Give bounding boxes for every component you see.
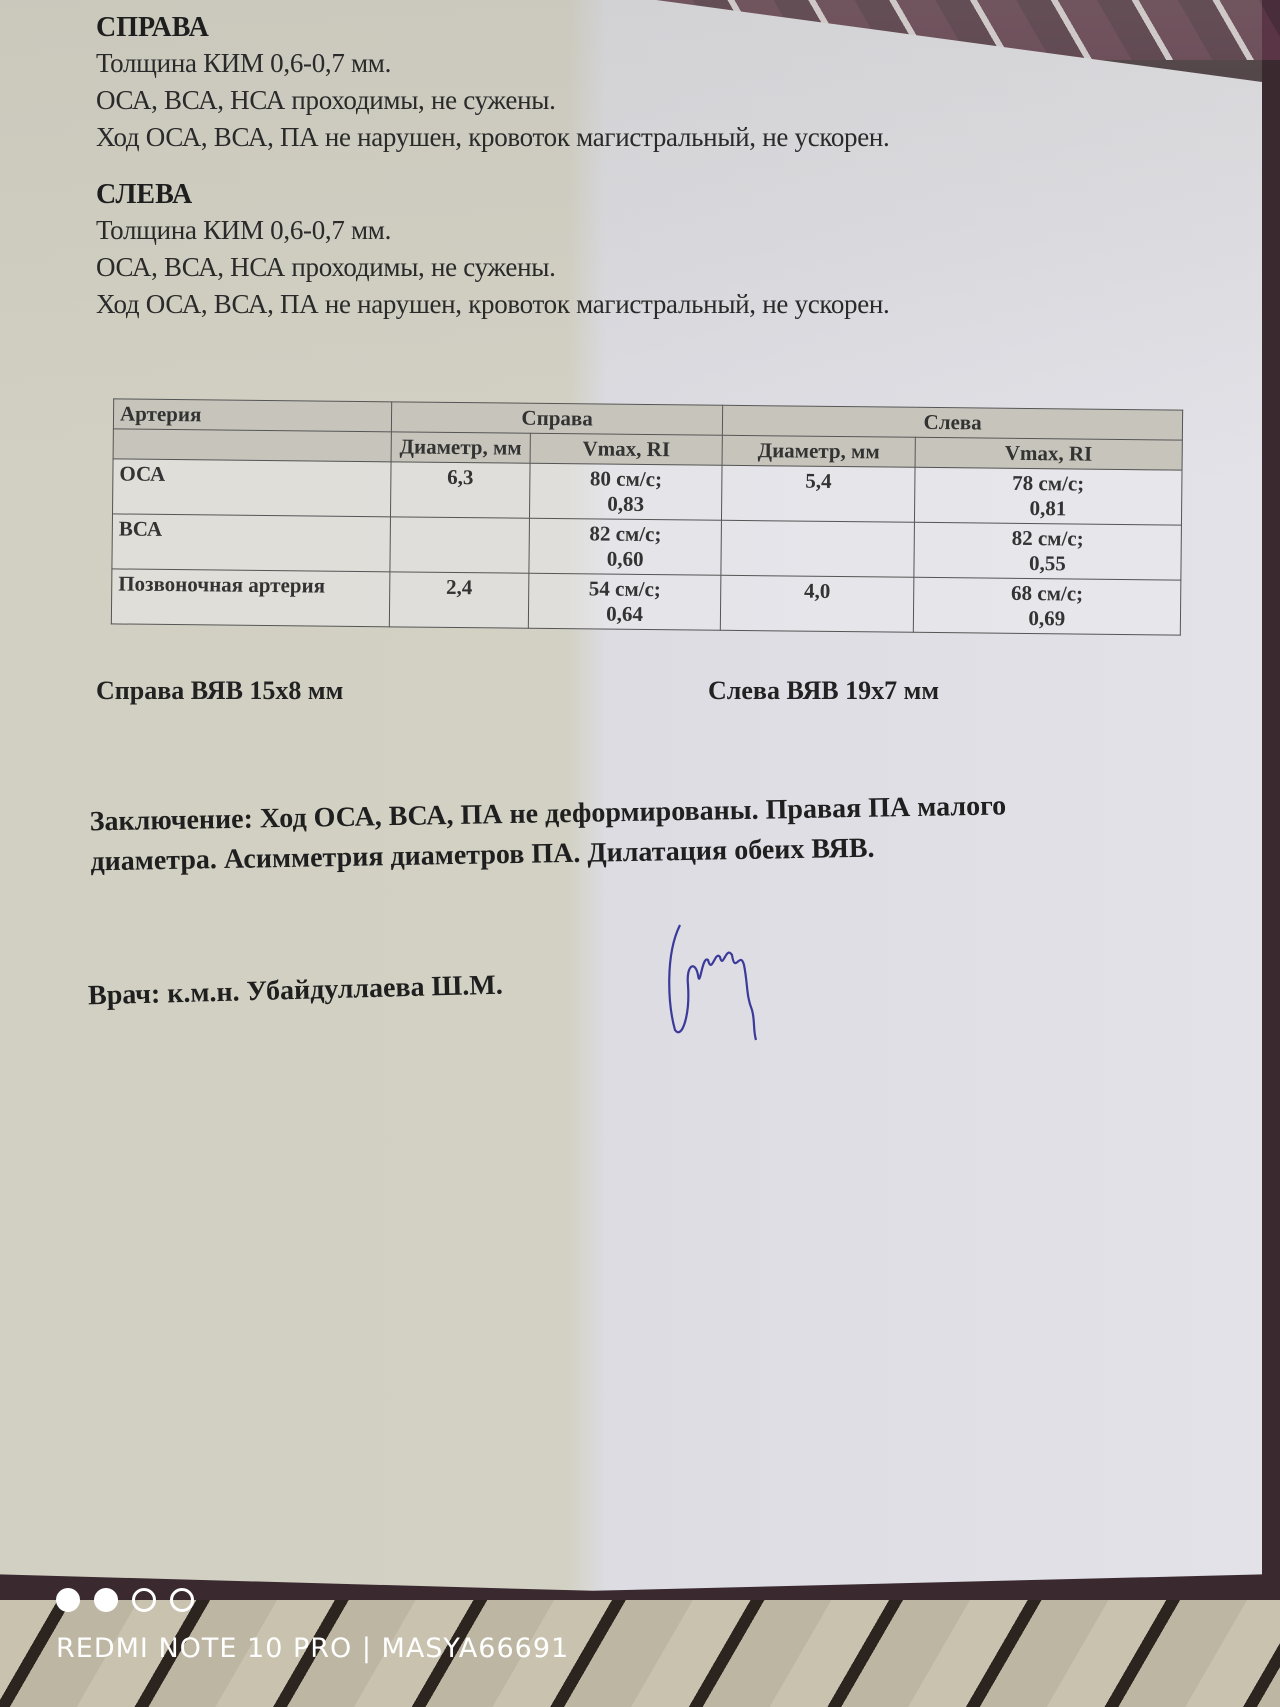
vmax: 82 см/с; xyxy=(920,525,1175,553)
left-vmax-ri: 82 см/с;0,55 xyxy=(914,522,1182,580)
left-vyv: Слева ВЯВ 19х7 мм xyxy=(708,676,939,706)
signature-icon xyxy=(660,915,770,1045)
photo-indicator-dots xyxy=(56,1588,194,1612)
ri: 0,81 xyxy=(921,495,1176,523)
measurements-table: Артерия Справа Слева Диаметр, мм Vmax, R… xyxy=(111,398,1183,635)
header-artery: Артерия xyxy=(113,399,391,432)
left-diameter xyxy=(721,520,914,577)
right-vmax-ri: 80 см/с;0,83 xyxy=(529,463,722,520)
header-left-diameter: Диаметр, мм xyxy=(722,435,915,467)
left-vmax-ri: 78 см/с;0,81 xyxy=(914,467,1182,525)
right-vmax-ri: 54 см/с;0,64 xyxy=(528,573,721,630)
header-left-vmax: Vmax, RI xyxy=(915,437,1183,470)
right-patency-line: ОСА, ВСА, НСА проходимы, не сужены. xyxy=(96,85,1240,116)
left-patency-line: ОСА, ВСА, НСА проходимы, не сужены. xyxy=(96,252,1240,283)
vmax: 78 см/с; xyxy=(921,470,1176,498)
right-diameter: 6,3 xyxy=(390,462,530,518)
left-kim-line: Толщина КИМ 0,6-0,7 мм. xyxy=(96,215,1240,246)
left-diameter: 4,0 xyxy=(721,575,914,632)
right-heading: СПРАВА xyxy=(96,12,1240,44)
ri: 0,83 xyxy=(536,491,716,518)
right-vyv: Справа ВЯВ 15х8 мм xyxy=(96,676,343,706)
left-vmax-ri: 68 см/с;0,69 xyxy=(913,577,1181,635)
vmax: 68 см/с; xyxy=(920,580,1175,608)
artery-name: ВСА xyxy=(112,514,390,572)
vmax: 54 см/с; xyxy=(535,576,715,603)
right-diameter: 2,4 xyxy=(389,572,529,628)
artery-name: Позвоночная артерия xyxy=(111,569,389,627)
ri: 0,64 xyxy=(535,601,715,628)
artery-name: ОСА xyxy=(113,459,391,517)
left-heading: СЛЕВА xyxy=(96,179,1240,211)
left-diameter: 5,4 xyxy=(722,465,915,522)
left-flow-line: Ход ОСА, ВСА, ПА не нарушен, кровоток ма… xyxy=(96,289,1240,320)
header-blank xyxy=(113,429,391,462)
ri: 0,60 xyxy=(535,546,715,573)
header-right: Справа xyxy=(391,402,723,435)
header-right-diameter: Диаметр, мм xyxy=(391,432,530,463)
vmax: 80 см/с; xyxy=(536,466,716,493)
camera-watermark: REDMI NOTE 10 PRO | MASYA66691 xyxy=(56,1633,569,1664)
table-row: Позвоночная артерия 2,4 54 см/с;0,64 4,0… xyxy=(111,569,1181,635)
dot-filled-icon xyxy=(56,1588,80,1612)
ri: 0,69 xyxy=(920,605,1175,633)
right-flow-line: Ход ОСА, ВСА, ПА не нарушен, кровоток ма… xyxy=(96,122,1240,153)
ri: 0,55 xyxy=(920,550,1175,578)
dot-empty-icon xyxy=(170,1588,194,1612)
vmax: 82 см/с; xyxy=(536,521,716,548)
dot-filled-icon xyxy=(94,1588,118,1612)
header-right-vmax: Vmax, RI xyxy=(530,433,723,465)
header-left: Слева xyxy=(723,405,1183,440)
right-kim-line: Толщина КИМ 0,6-0,7 мм. xyxy=(96,48,1240,79)
right-diameter xyxy=(390,517,530,573)
findings-text: СПРАВА Толщина КИМ 0,6-0,7 мм. ОСА, ВСА,… xyxy=(90,12,1240,326)
right-vmax-ri: 82 см/с;0,60 xyxy=(529,518,722,575)
dot-empty-icon xyxy=(132,1588,156,1612)
